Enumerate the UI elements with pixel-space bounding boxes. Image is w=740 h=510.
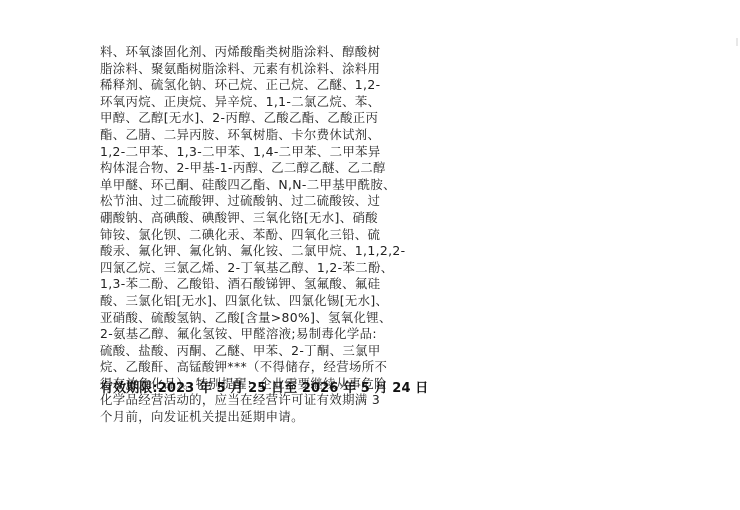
text-line: 个月前，向发证机关提出延期申请。 bbox=[100, 409, 348, 426]
text-line: 单甲醚、环己酮、硅酸四乙酯、N,N-二甲基甲酰胺、 bbox=[100, 177, 348, 194]
text-line: 酸汞、氟化钾、氟化钠、氟化铵、二氯甲烷、1,1,2,2- bbox=[100, 243, 348, 260]
chemical-list-text: 料、环氧漆固化剂、丙烯酸酯类树脂涂料、醇酸树 脂涂料、聚氨酯树脂涂料、元素有机涂… bbox=[100, 44, 348, 426]
text-line: 烷、乙酸酐、高锰酸钾***（不得储存，经营场所不 bbox=[100, 359, 348, 376]
text-line: 酸、三氯化铝[无水]、四氯化钛、四氯化锡[无水]、 bbox=[100, 293, 348, 310]
text-line: 2-氨基乙醇、氟化氢铵、甲醛溶液;易制毒化学品: bbox=[100, 326, 348, 343]
text-line: 1,3-苯二酚、乙酸铅、酒石酸锑钾、氢氟酸、氟硅 bbox=[100, 276, 348, 293]
text-line: 脂涂料、聚氨酯树脂涂料、元素有机涂料、涂料用 bbox=[100, 61, 348, 78]
text-line: 环氧丙烷、正庚烷、异辛烷、1,1-二氯乙烷、苯、 bbox=[100, 94, 348, 111]
text-line: 亚硝酸、硫酸氢钠、乙酸[含量>80%]、氢氧化锂、 bbox=[100, 310, 348, 327]
text-line: 硼酸钠、高碘酸、碘酸钾、三氧化铬[无水]、硝酸 bbox=[100, 210, 348, 227]
text-line: 构体混合物、2-甲基-1-丙醇、乙二醇乙醚、乙二醇 bbox=[100, 160, 348, 177]
text-line: 稀释剂、硫氢化钠、环己烷、正己烷、乙醚、1,2- bbox=[100, 77, 348, 94]
text-line: 酯、乙腈、二异丙胺、环氧树脂、卡尔费休试剂、 bbox=[100, 127, 348, 144]
scan-artifact bbox=[736, 38, 738, 46]
text-line: 料、环氧漆固化剂、丙烯酸酯类树脂涂料、醇酸树 bbox=[100, 44, 348, 61]
text-line: 硫酸、盐酸、丙酮、乙醚、甲苯、2-丁酮、三氯甲 bbox=[100, 343, 348, 360]
text-line: 1,2-二甲苯、1,3-二甲苯、1,4-二甲苯、二甲苯异 bbox=[100, 144, 348, 161]
text-line: 松节油、过二硫酸钾、过硫酸钠、过二硫酸铵、过 bbox=[100, 193, 348, 210]
scanned-document-page: 料、环氧漆固化剂、丙烯酸酯类树脂涂料、醇酸树 脂涂料、聚氨酯树脂涂料、元素有机涂… bbox=[0, 0, 740, 510]
validity-period: 有效期限:2023 年 5 月 25 日至 2026 年 5 月 24 日 bbox=[100, 377, 428, 396]
text-line: 甲醇、乙醇[无水]、2-丙醇、乙酸乙酯、乙酸正丙 bbox=[100, 110, 348, 127]
text-line: 铈铵、氯化钡、二碘化汞、苯酚、四氧化三铅、硫 bbox=[100, 227, 348, 244]
text-line: 四氯乙烷、三氯乙烯、2-丁氧基乙醇、1,2-苯二酚、 bbox=[100, 260, 348, 277]
